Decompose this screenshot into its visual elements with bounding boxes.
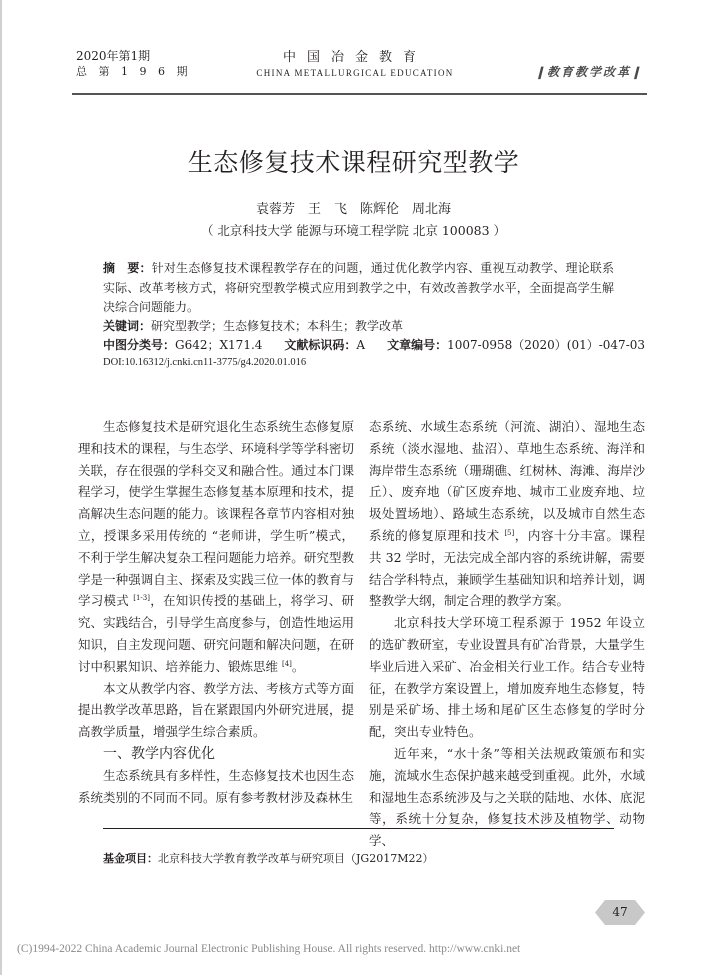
citation: [5] xyxy=(504,529,514,537)
issue-number: 2020年第1期 xyxy=(76,49,191,64)
footnote-rule xyxy=(103,828,614,829)
paragraph: 态系统、水域生态系统（河流、湖泊）、湿地生态系统（淡水湿地、盐沼）、草地生态系统… xyxy=(369,416,645,612)
column-tag: ❙教育教学改革❙ xyxy=(535,63,643,80)
abstract: 摘 要：针对生态修复技术课程教学存在的问题，通过优化教学内容、重视互动教学、理论… xyxy=(103,259,614,318)
abstract-label: 摘 要： xyxy=(103,261,152,275)
abstract-text: 针对生态修复技术课程教学存在的问题，通过优化教学内容、重视互动教学、理论联系实际… xyxy=(103,261,614,314)
paragraph: 近年来，“水十条”等相关法规政策颁布和实施，流域水生态保护越来越受到重视。此外，… xyxy=(369,743,645,852)
article-affiliation: （ 北京科技大学 能源与环境工程学院 北京 100083 ） xyxy=(0,221,707,239)
doi: DOI:10.16312/j.cnki.cn11-3775/g4.2020.01… xyxy=(103,357,306,368)
section-heading: 一、教学内容优化 xyxy=(78,743,354,765)
journal-name: 中国冶金教育 CHINA METALLURGICAL EDUCATION xyxy=(230,50,480,80)
issue-info: 2020年第1期 总 第 1 9 6 期 xyxy=(76,49,191,79)
paragraph: 生态系统具有多样性，生态修复技术也因生态系统类别的不同而不同。原有参考教材涉及森… xyxy=(78,765,354,809)
article-title: 生态修复技术课程研究型教学 xyxy=(0,143,707,179)
page-number-badge: 47 xyxy=(595,900,645,925)
doc-code-label: 文献标识码： xyxy=(284,338,356,352)
body-column-right: 态系统、水域生态系统（河流、湖泊）、湿地生态系统（淡水湿地、盐沼）、草地生态系统… xyxy=(369,416,645,852)
issue-total: 总 第 1 9 6 期 xyxy=(76,64,191,79)
fund-text: 北京科技大学教育教学改革与研究项目（JG2017M22） xyxy=(158,852,433,865)
paragraph: 生态修复技术是研究退化生态系统生态修复原理和技术的课程，与生态学、环境科学等学科… xyxy=(78,416,354,678)
classification-line: 中图分类号：G642；X171.4文献标识码：A文章编号：1007-0958（2… xyxy=(103,337,645,353)
fund-label: 基金项目： xyxy=(103,852,158,865)
keywords: 关键词：研究型教学；生态修复技术；本科生；教学改革 xyxy=(103,318,403,334)
citation: [4] xyxy=(282,660,292,668)
journal-name-cn: 中国冶金教育 xyxy=(230,50,480,66)
paragraph: 北京科技大学环境工程系源于 1952 年设立的选矿教研室，专业设置具有矿冶背景，… xyxy=(369,612,645,743)
copyright-notice: (C)1994-2022 China Academic Journal Elec… xyxy=(17,943,520,955)
body-column-left: 生态修复技术是研究退化生态系统生态修复原理和技术的课程，与生态学、环境科学等学科… xyxy=(78,416,354,809)
keywords-text: 研究型教学；生态修复技术；本科生；教学改革 xyxy=(151,319,403,333)
article-authors: 袁蓉芳 王 飞 陈辉伦 周北海 xyxy=(0,198,707,217)
paragraph: 本文从教学内容、教学方法、考核方式等方面提出教学改革思路，旨在紧跟国内外研究进展… xyxy=(78,678,354,743)
clc-label: 中图分类号： xyxy=(103,338,175,352)
article-no-label: 文章编号： xyxy=(387,338,447,352)
keywords-label: 关键词： xyxy=(103,319,151,333)
clc-value: G642；X171.4 xyxy=(175,338,262,352)
article-no-value: 1007-0958（2020）(01）-047-03 xyxy=(447,338,645,352)
fund-note: 基金项目：北京科技大学教育教学改革与研究项目（JG2017M22） xyxy=(103,850,433,866)
doc-code-value: A xyxy=(356,338,365,352)
header-rule xyxy=(72,93,647,95)
citation: [1-3] xyxy=(133,594,150,602)
journal-name-en: CHINA METALLURGICAL EDUCATION xyxy=(230,66,480,80)
